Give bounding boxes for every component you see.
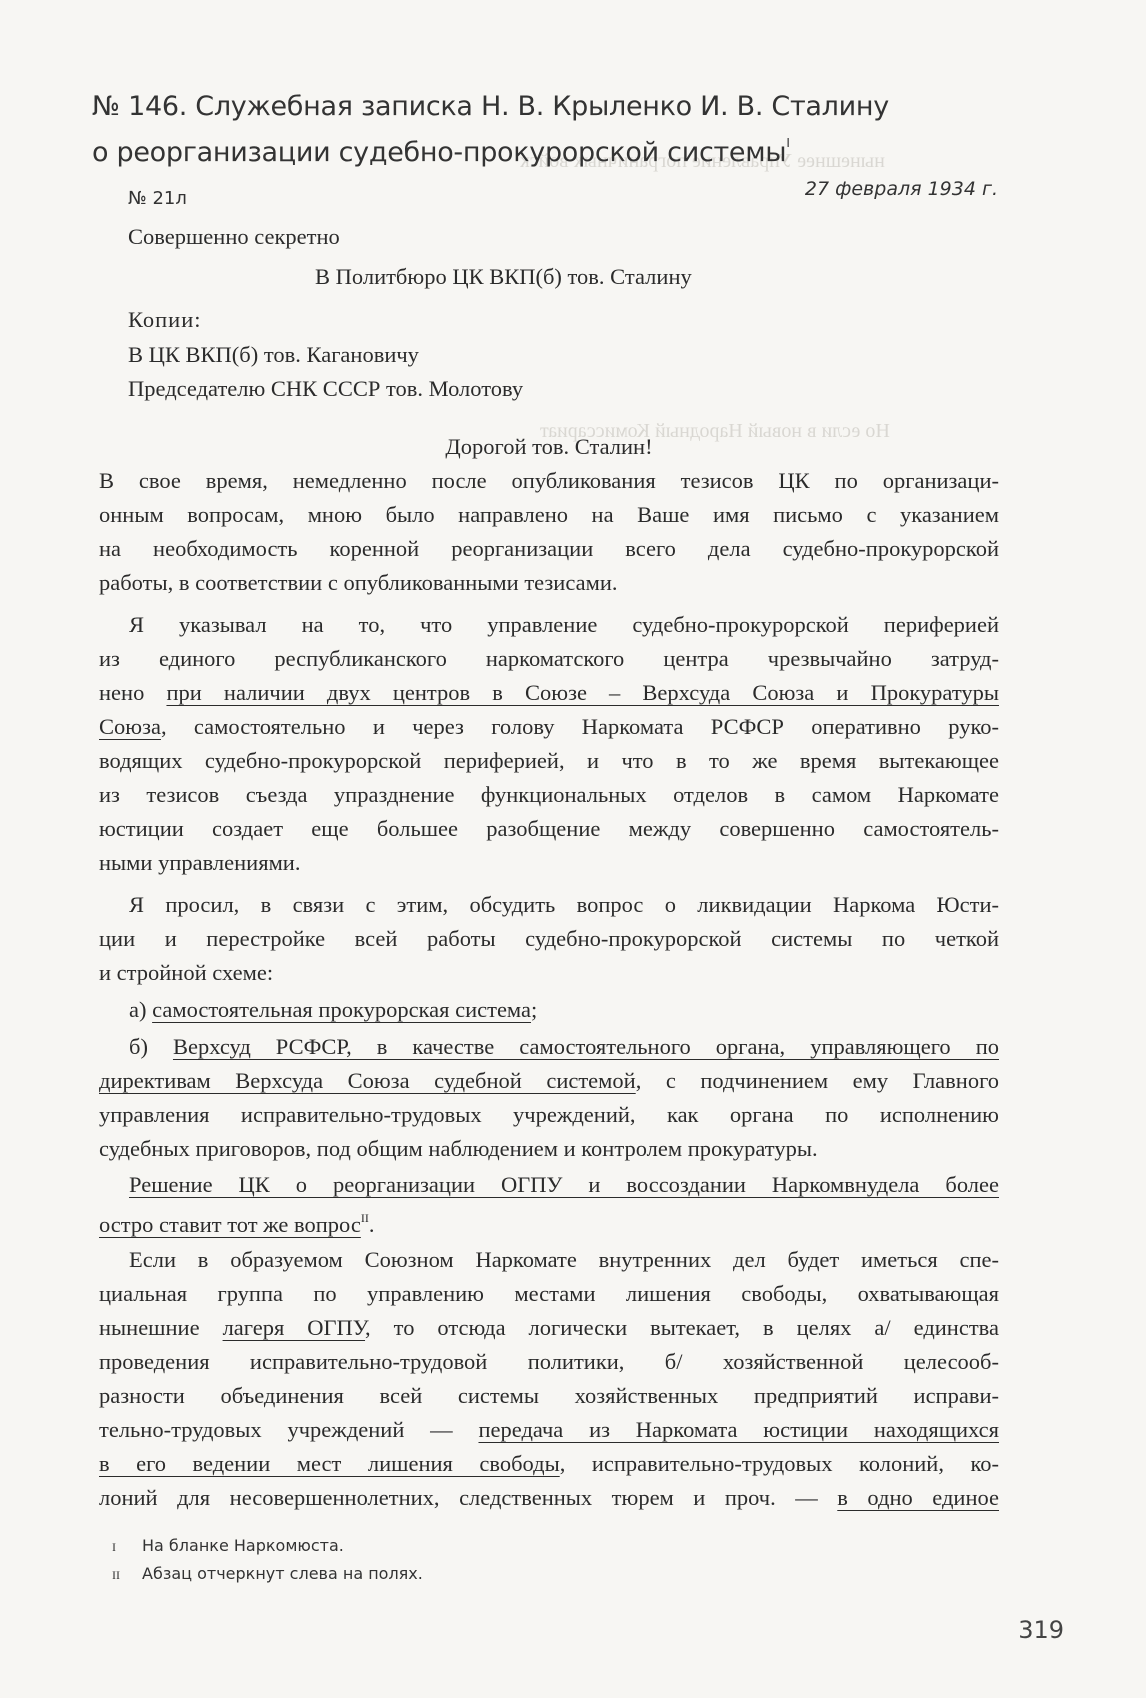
underlined-text: при наличии двух центров в Союзе – Верхс… [166, 680, 999, 705]
paragraph-2-line: водящих судебно-прокурорской периферией,… [99, 744, 999, 777]
list-item-b-line: управления исправительно-трудовых учрежд… [99, 1098, 999, 1131]
title-line-1: № 146. Служебная записка Н. В. Крыленко … [92, 88, 992, 125]
paragraph-1-line: на необходимость коренной реорганизации … [99, 532, 999, 565]
paragraph-2-line: нено при наличии двух центров в Союзе – … [99, 676, 999, 709]
secrecy-stamp: Совершенно секретно [128, 220, 1028, 253]
document-date: 27 февраля 1934 г. [805, 178, 998, 200]
underlined-text: в одно единое [837, 1485, 999, 1510]
paragraph-2-line: ными управлениями. [99, 846, 999, 879]
page-number: 319 [1018, 1616, 1064, 1644]
list-item-a: а) самостоятельная прокурорская система; [129, 993, 1029, 1026]
copy-recipient-2: Председателю СНК СССР тов. Молотову [128, 372, 1028, 405]
footnote-1: IНа бланке Наркомюста. [112, 1536, 344, 1555]
underlined-text: передача из Наркомата юстиции находящихс… [478, 1417, 999, 1442]
paragraph-5-line: тельно-трудовых учреждений — передача из… [99, 1413, 999, 1446]
paragraph-3-line: ции и перестройке всей работы судебно-пр… [99, 922, 999, 955]
footnote-2: IIАбзац отчеркнут слева на полях. [112, 1564, 423, 1583]
paragraph-5-line: Если в образуемом Союзном Наркомате внут… [129, 1243, 999, 1276]
title-line-2: о реорганизации судебно-прокурорской сис… [92, 137, 786, 168]
salutation: Дорогой тов. Сталин! [99, 430, 999, 463]
copies-label: Копии: [128, 303, 1028, 336]
underlined-text: директивам Верхсуда Союза судебной систе… [99, 1068, 636, 1093]
footnote-text: Абзац отчеркнут слева на полях. [142, 1564, 423, 1583]
document-number: № 21л [128, 188, 187, 209]
paragraph-2-line: из тезисов съезда упразднение функционал… [99, 778, 999, 811]
document-page: нынешнее Управление пограничных войск Но… [0, 0, 1146, 1698]
paragraph-5-line: разности объединения всей системы хозяйс… [99, 1379, 999, 1412]
paragraph-1-line: онным вопросам, мною было направлено на … [99, 498, 999, 531]
paragraph-5-line: циальная группа по управлению местами ли… [99, 1277, 999, 1310]
paragraph-3-line: Я просил, в связи с этим, обсудить вопро… [129, 888, 999, 921]
paragraph-4-line: Решение ЦК о реорганизации ОГПУ и воссоз… [129, 1168, 999, 1201]
underlined-text: самостоятельная прокурорская система [152, 997, 531, 1022]
underlined-text: Союза [99, 714, 161, 739]
underlined-text: лагеря ОГПУ [223, 1315, 365, 1340]
underlined-text: Решение ЦК о реорганизации ОГПУ и воссоз… [129, 1172, 999, 1197]
paragraph-3-line: и стройной схеме: [99, 956, 999, 989]
underlined-text: остро ставит тот же вопрос [99, 1212, 361, 1237]
list-item-b: б) Верхсуд РСФСР, в качестве самостоятел… [129, 1030, 999, 1063]
paragraph-5-line: проведения исправительно-трудовой полити… [99, 1345, 999, 1378]
footnote-ref[interactable]: I [786, 136, 789, 150]
footnote-text: На бланке Наркомюста. [142, 1536, 344, 1555]
paragraph-2-line: Я указывал на то, что управление судебно… [129, 608, 999, 641]
paragraph-5-line: нынешние лагеря ОГПУ, то отсюда логическ… [99, 1311, 999, 1344]
paragraph-5-line: лоний для несовершеннолетних, следственн… [99, 1481, 999, 1514]
footnote-mark: I [112, 1540, 142, 1555]
recipient-line: В Политбюро ЦК ВКП(б) тов. Сталину [315, 260, 1146, 293]
underlined-text: в его ведении мест лишения свободы [99, 1451, 560, 1476]
paragraph-2-line: юстиции создает еще большее разобщение м… [99, 812, 999, 845]
paragraph-2-line: Союза, самостоятельно и через голову Нар… [99, 710, 999, 743]
list-item-b-line: судебных приговоров, под общим наблюдени… [99, 1132, 999, 1165]
underlined-text: Верхсуд РСФСР, в качестве самостоятельно… [173, 1034, 999, 1059]
footnote-ref[interactable]: II [361, 1211, 369, 1225]
footnote-mark: II [112, 1568, 142, 1583]
paragraph-1-line: работы, в соответствии с опубликованными… [99, 566, 999, 599]
paragraph-2-line: из единого республиканского наркоматског… [99, 642, 999, 675]
list-item-b-line: директивам Верхсуда Союза судебной систе… [99, 1064, 999, 1097]
copy-recipient-1: В ЦК ВКП(б) тов. Кагановичу [128, 338, 1028, 371]
paragraph-5-line: в его ведении мест лишения свободы, испр… [99, 1447, 999, 1480]
paragraph-4-line: остро ставит тот же вопросII. [99, 1202, 999, 1241]
document-title: № 146. Служебная записка Н. В. Крыленко … [92, 88, 992, 171]
paragraph-1-line: В свое время, немедленно после опубликов… [99, 464, 999, 497]
